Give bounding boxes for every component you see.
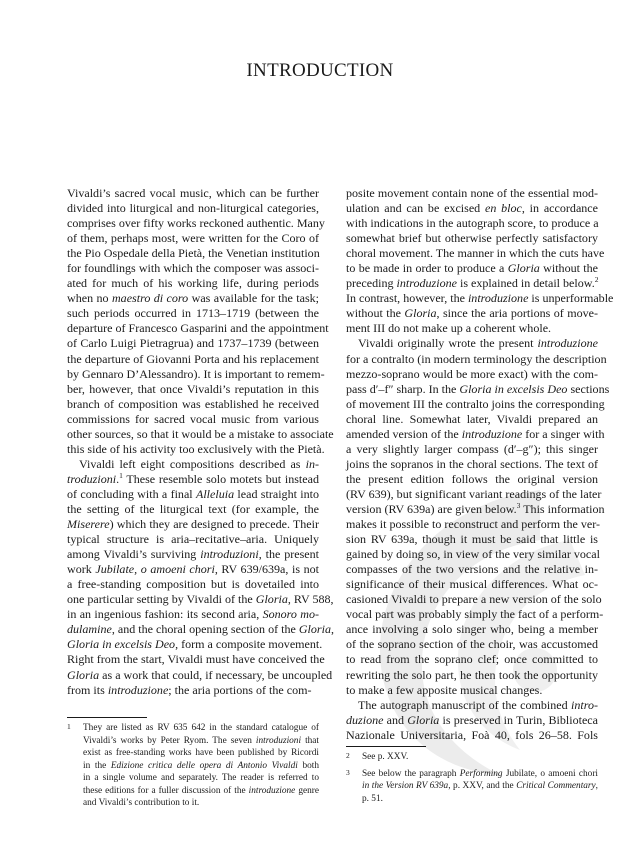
text-line: commissions for sacred vocal music from … xyxy=(67,412,319,427)
italic-text: Sonoro mo- xyxy=(263,607,319,621)
italic-text: introduzioni xyxy=(200,547,258,561)
text-line: a free-standing composition but is dovet… xyxy=(67,577,319,592)
document-page: INTRODUCTION Vivaldi’s sacred vocal musi… xyxy=(0,0,640,863)
text-line: for foundlings with which the composer w… xyxy=(67,261,319,276)
text-line: in the Version RV 639a, p. XXV, and the … xyxy=(362,780,598,793)
italic-text: Performing xyxy=(460,769,503,779)
text-line: ulation and can be excised en bloc, in a… xyxy=(346,201,598,216)
text-line: in an ingenious fashion: its second aria… xyxy=(67,607,319,622)
footnote-separator xyxy=(346,746,426,747)
text-line: sion RV 639a, though it must be said tha… xyxy=(346,532,598,547)
text-line: in a single volume and separately. The r… xyxy=(83,772,319,785)
text-line: the setting of the liturgical text (for … xyxy=(67,502,319,517)
text-line: pass d′–f″ sharp. In the Gloria in excel… xyxy=(346,382,598,397)
text-line: compasses of the two versions and the re… xyxy=(346,562,598,577)
italic-text: introduzione xyxy=(462,427,522,441)
text-line: somewhat brief but otherwise perfectly s… xyxy=(346,231,598,246)
footnote-number: 1 xyxy=(67,721,71,734)
italic-text: en bloc xyxy=(485,201,522,215)
text-line: Vivaldi originally wrote the present int… xyxy=(346,336,598,351)
text-line: See below the paragraph Performing Jubil… xyxy=(362,768,598,781)
italic-text: introduzioni xyxy=(256,736,301,746)
italic-text: introduzione xyxy=(538,336,598,350)
italic-text: Edizione critica delle opera di Antonio … xyxy=(111,761,298,771)
italic-text: intro- xyxy=(571,698,598,712)
text-line: See p. XXV. xyxy=(362,751,598,764)
text-line: They are listed as RV 635 642 in the sta… xyxy=(83,722,319,735)
italic-text: Gloria xyxy=(508,261,540,275)
italic-text: Gloria in excelsis Deo xyxy=(459,382,567,396)
text-line: in the Edizione critica delle opera di A… xyxy=(83,760,319,773)
text-line: this side of his activity too exclusivel… xyxy=(67,442,319,457)
text-line: significance of their musical difference… xyxy=(346,577,598,592)
footnote-separator xyxy=(67,717,147,718)
text-line: version (RV 639a) are given below.3 This… xyxy=(346,502,598,517)
text-line: dulamine, and the choral opening section… xyxy=(67,622,319,637)
text-line: comprises over fifty works reckoned auth… xyxy=(67,216,319,231)
text-line: (RV 639), but significant variant readin… xyxy=(346,487,598,502)
text-line: of them, perhaps most, were written for … xyxy=(67,231,319,246)
italic-text: introduzione xyxy=(397,276,457,290)
italic-text: maestro di coro xyxy=(112,291,188,305)
footnote: 3See below the paragraph Performing Jubi… xyxy=(346,768,598,806)
text-line: ated for much of his working life, durin… xyxy=(67,276,319,291)
italic-text: Critical Commentary xyxy=(516,781,595,791)
footnote-number: 2 xyxy=(346,750,350,763)
text-line: of concluding with a final Alleluia lead… xyxy=(67,487,319,502)
italic-text: Gloria xyxy=(67,668,99,682)
text-line: choral line. Somewhat later, Vivaldi pre… xyxy=(346,412,598,427)
text-line: among Vivaldi’s surviving introduzioni, … xyxy=(67,547,319,562)
footnote-list: 2See p. XXV.3See below the paragraph Per… xyxy=(346,751,598,805)
text-line: these editions for a fuller discussion o… xyxy=(83,785,319,798)
text-line: to read from the soprano clef; once comm… xyxy=(346,652,598,667)
text-line: ment III do not make up a coherent whole… xyxy=(346,321,598,336)
right-column-text: posite movement contain none of the esse… xyxy=(346,186,598,743)
italic-text: introduzione xyxy=(468,291,528,305)
text-line: the present edition follows the original… xyxy=(346,472,598,487)
text-line: gained by doing so, in view of the very … xyxy=(346,547,598,562)
text-line: Vivaldi’s sacred vocal music, which can … xyxy=(67,186,319,201)
italic-text: Gloria xyxy=(407,713,439,727)
text-line: departure of Francesco Gasparini and the… xyxy=(67,321,319,336)
italic-text: Gloria in excelsis Deo xyxy=(67,637,175,651)
italic-text: in the Version RV 639a xyxy=(362,781,448,791)
italic-text: Gloria xyxy=(299,622,331,636)
text-line: ber, however, that once Vivaldi’s reputa… xyxy=(67,382,319,397)
text-line: choral movement. The manner in which the… xyxy=(346,246,598,261)
italic-text: troduzioni xyxy=(67,472,116,486)
text-line: Nazionale Universitaria, Foà 40, fols 26… xyxy=(346,728,598,743)
text-line: by Gennaro D’Alessandro). It is importan… xyxy=(67,367,319,382)
text-line: for a contralto (in modern terminology t… xyxy=(346,352,598,367)
text-line: Vivaldi’s works by Peter Ryom. The seven… xyxy=(83,735,319,748)
italic-text: Gloria xyxy=(256,592,288,606)
left-column-text: Vivaldi’s sacred vocal music, which can … xyxy=(67,186,319,698)
text-line: casioned Vivaldi to prepare a new versio… xyxy=(346,592,598,607)
left-column: Vivaldi’s sacred vocal music, which can … xyxy=(67,186,319,698)
italic-text: Gloria xyxy=(404,306,436,320)
text-line: Miserere) which they are designed to pre… xyxy=(67,517,319,532)
italic-text: Miserere xyxy=(67,517,110,531)
text-line: without the Gloria, since the aria porti… xyxy=(346,306,598,321)
text-line: when no maestro di coro was available fo… xyxy=(67,291,319,306)
text-line: of movement III the contralto joins the … xyxy=(346,397,598,412)
text-line: of the soprano section of the choir, was… xyxy=(346,637,598,652)
text-line: such periods occurred in 1713–1719 (betw… xyxy=(67,306,319,321)
text-line: typical structure is aria–recitative–ari… xyxy=(67,532,319,547)
text-line: rewriting the solo part, he then took th… xyxy=(346,668,598,683)
text-line: divided into liturgical and non-liturgic… xyxy=(67,201,319,216)
text-line: other sources, so that it would be a mis… xyxy=(67,427,319,442)
text-line: with indications in the autograph score,… xyxy=(346,216,598,231)
italic-text: duzione xyxy=(346,713,383,727)
right-column: posite movement contain none of the esse… xyxy=(346,186,598,743)
text-line: of Carlo Luigi Pietragrua) and 1737–1739… xyxy=(67,336,319,351)
text-line: troduzioni.1 These resemble solo motets … xyxy=(67,472,319,487)
text-line: one particular setting by Vivaldi of the… xyxy=(67,592,319,607)
text-line: from its introduzione; the aria portions… xyxy=(67,683,319,698)
text-line: and Vivaldi’s contribution to it. xyxy=(83,797,319,810)
text-line: Gloria in excelsis Deo, form a composite… xyxy=(67,637,319,652)
footnote: 1They are listed as RV 635 642 in the st… xyxy=(67,722,319,810)
text-line: to be made in order to produce a Gloria … xyxy=(346,261,598,276)
text-line: a very slightly larger compass (d′–g″); … xyxy=(346,442,598,457)
footnote: 2See p. XXV. xyxy=(346,751,598,764)
text-line: to make a few apposite musical changes. xyxy=(346,683,598,698)
text-line: mezzo-soprano would be more exact) with … xyxy=(346,367,598,382)
footnotes-left: 1They are listed as RV 635 642 in the st… xyxy=(67,717,319,810)
text-line: joins the sopranos in the choral section… xyxy=(346,457,598,472)
footnote-reference: 2 xyxy=(595,275,599,284)
text-line: The autograph manuscript of the combined… xyxy=(346,698,598,713)
footnotes-right: 2See p. XXV.3See below the paragraph Per… xyxy=(346,746,598,805)
text-line: Gloria as a work that could, if necessar… xyxy=(67,668,319,683)
text-line: Right from the start, Vivaldi must have … xyxy=(67,652,319,667)
text-line: ance involving a solo singer who, being … xyxy=(346,622,598,637)
text-line: Vivaldi left eight compositions describe… xyxy=(67,457,319,472)
italic-text: Alleluia xyxy=(196,487,234,501)
text-line: the departure of Giovanni Porta and his … xyxy=(67,352,319,367)
footnote-number: 3 xyxy=(346,767,350,780)
italic-text: dulamine xyxy=(67,622,112,636)
text-line: posite movement contain none of the esse… xyxy=(346,186,598,201)
text-line: exist as free-standing works have been p… xyxy=(83,747,319,760)
italic-text: Jubilate, o amoeni chori xyxy=(95,562,214,576)
page-title: INTRODUCTION xyxy=(0,60,640,82)
footnote-list: 1They are listed as RV 635 642 in the st… xyxy=(67,722,319,810)
text-line: work Jubilate, o amoeni chori, RV 639/63… xyxy=(67,562,319,577)
text-line: duzione and Gloria is preserved in Turin… xyxy=(346,713,598,728)
text-line: p. 51. xyxy=(362,793,598,806)
text-line: preceding introduzione is explained in d… xyxy=(346,276,598,291)
italic-text: introduzione xyxy=(108,683,168,697)
text-line: amended version of the introduzione for … xyxy=(346,427,598,442)
text-line: vocal part was probably simply the fact … xyxy=(346,607,598,622)
italic-text: in- xyxy=(306,457,319,471)
text-line: branch of composition was established he… xyxy=(67,397,319,412)
text-line: the Pio Ospedale della Pietà, the Veneti… xyxy=(67,246,319,261)
italic-text: introduzione xyxy=(249,786,296,796)
text-line: makes it possible to reconstruct and per… xyxy=(346,517,598,532)
text-line: In contrast, however, the introduzione i… xyxy=(346,291,598,306)
